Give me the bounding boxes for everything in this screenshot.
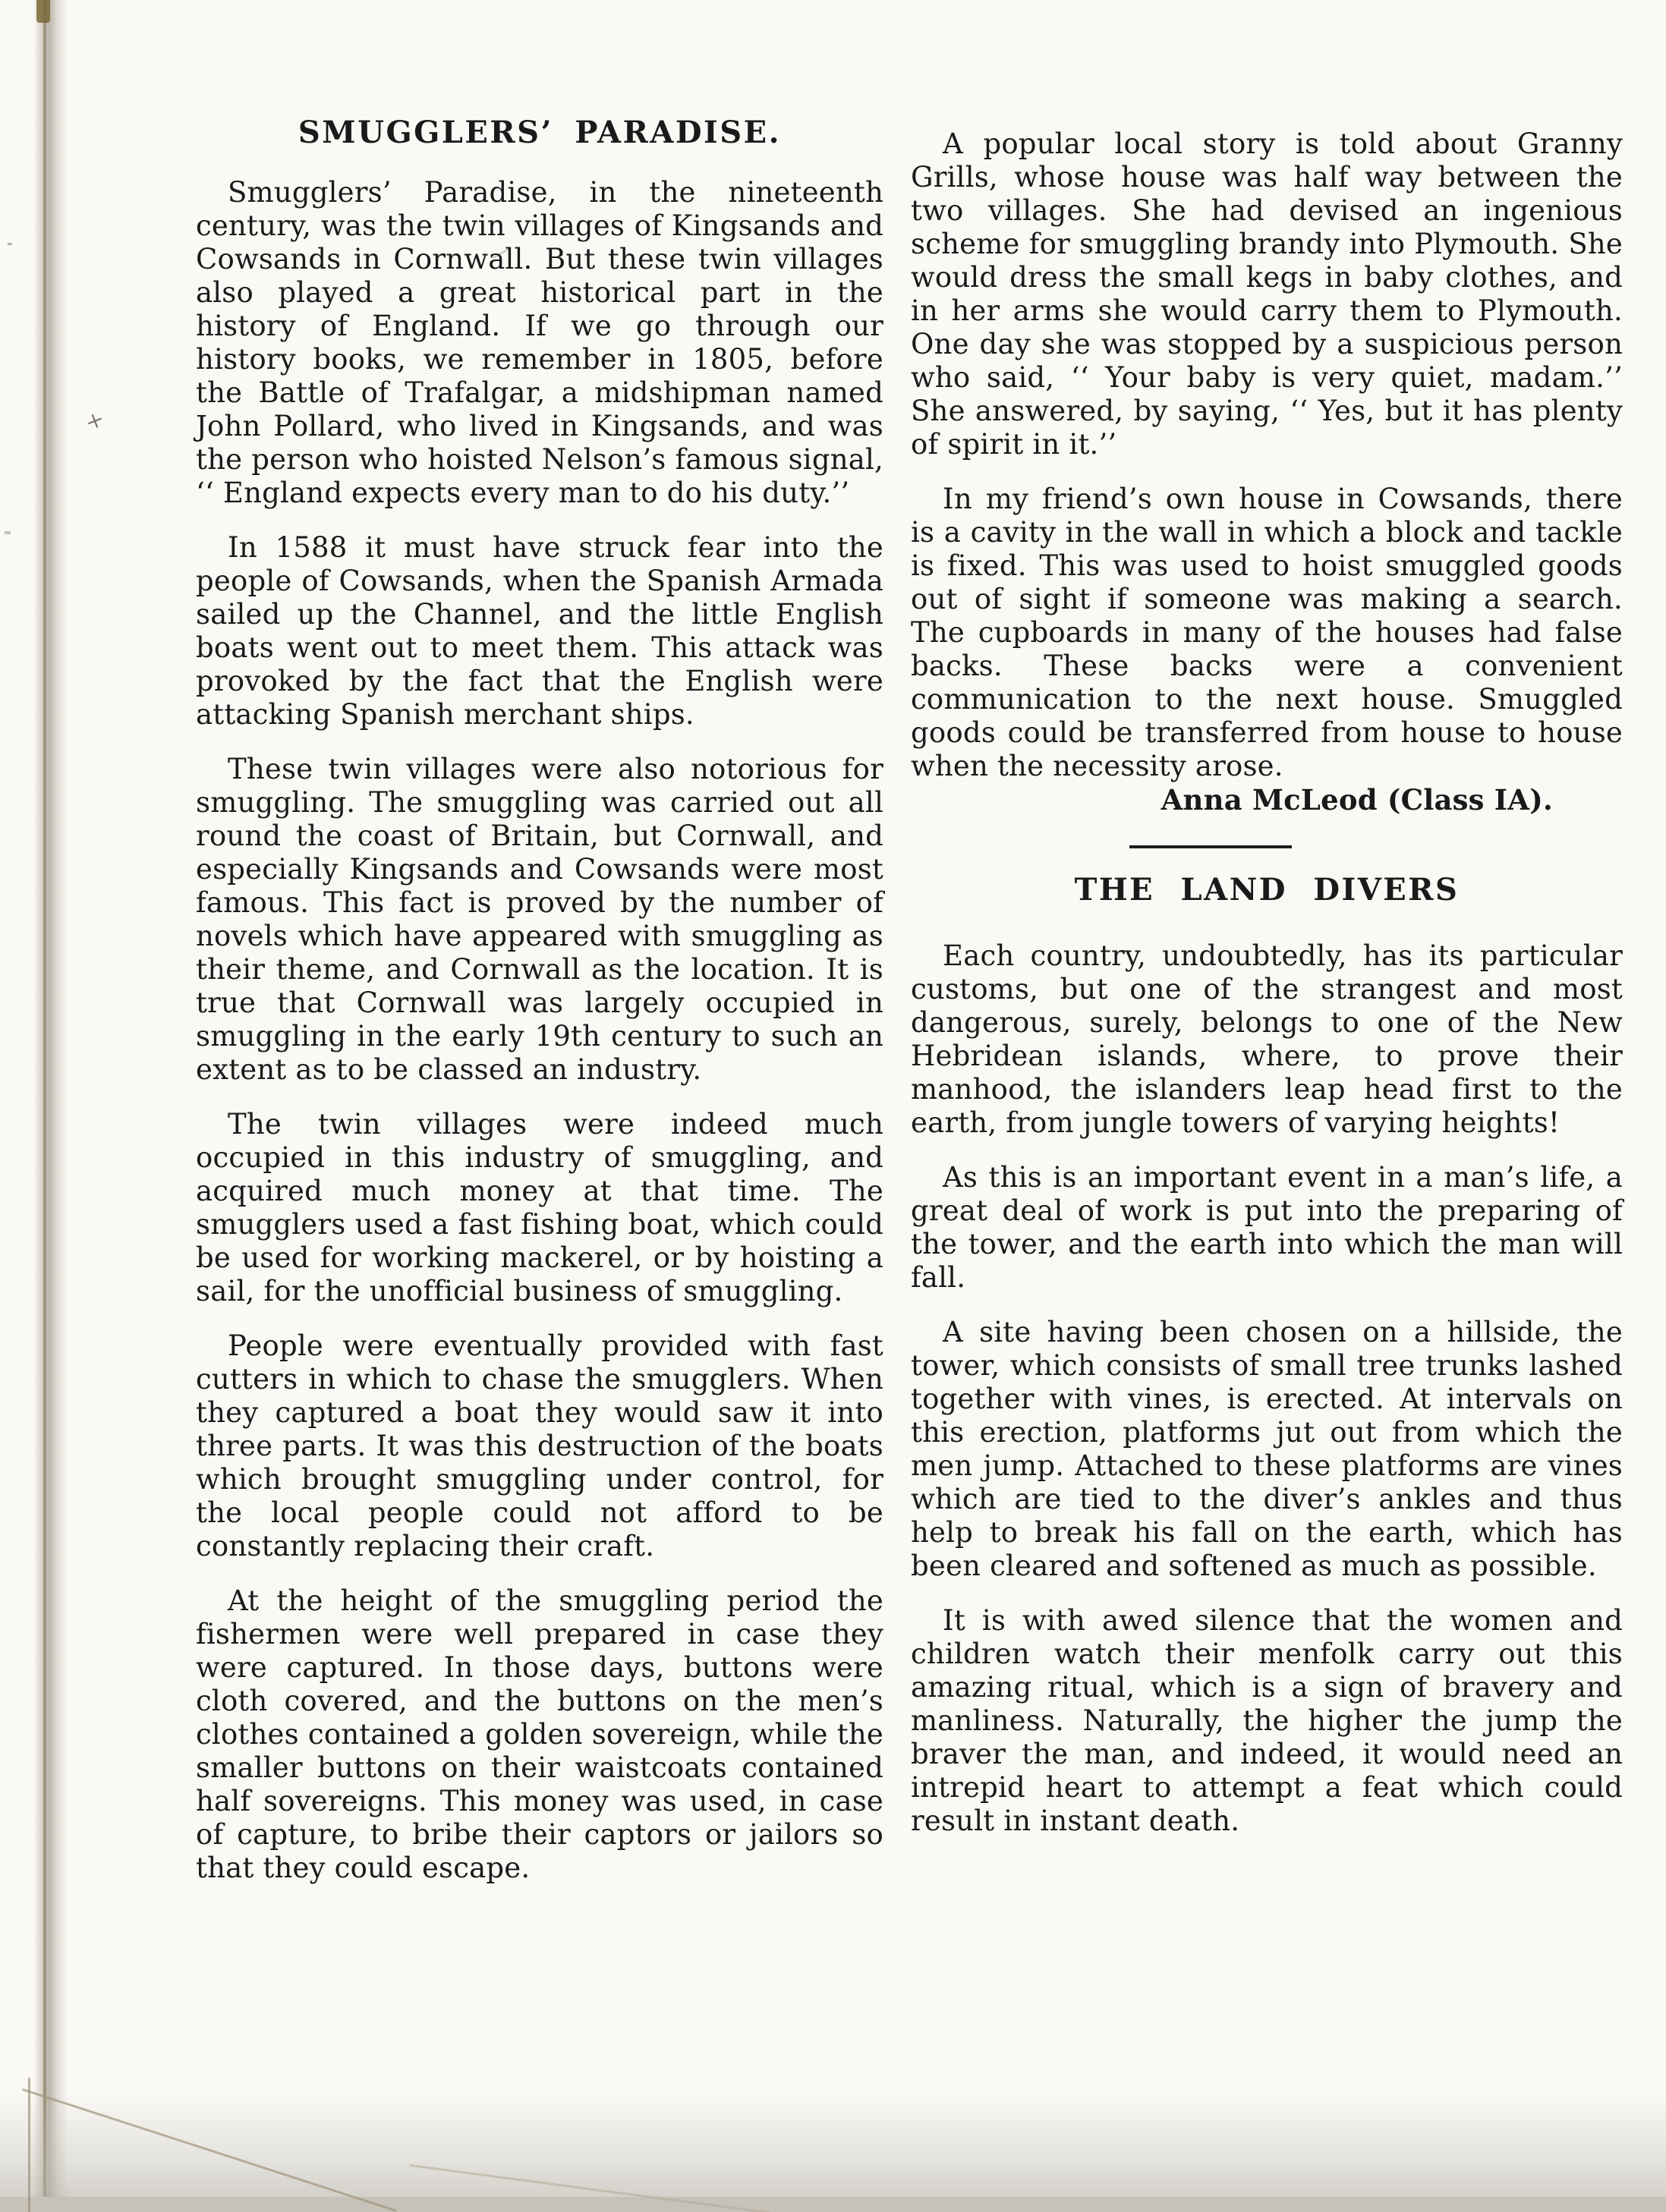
body-paragraph: It is with awed silence that the women a… (911, 1604, 1623, 1838)
body-paragraph: Each country, undoubtedly, has its parti… (911, 939, 1623, 1140)
body-paragraph: These twin villages were also notorious … (196, 753, 883, 1087)
scan-corner-blob (36, 0, 50, 23)
column-left: SMUGGLERS’ PARADISE. Smugglers’ Paradise… (196, 114, 883, 1906)
column-right: A popular local story is told about Gran… (911, 127, 1623, 1859)
body-paragraph: In 1588 it must have struck fear into th… (196, 531, 883, 732)
scan-binding-edge-shadow (33, 0, 68, 2212)
scanned-magazine-page: × SMUGGLERS’ PARADISE. Smugglers’ Paradi… (0, 0, 1666, 2212)
body-paragraph: A popular local story is told about Gran… (911, 127, 1623, 461)
scan-bottom-edge-strip (0, 2197, 1666, 2212)
scan-speck (5, 531, 11, 534)
section-divider-rule (1129, 845, 1292, 848)
scan-bottom-shading (0, 2091, 1666, 2212)
body-paragraph: A site having been chosen on a hillside,… (911, 1316, 1623, 1583)
article-title-the-land-divers: THE LAND DIVERS (911, 871, 1623, 909)
body-paragraph: People were eventually provided with fas… (196, 1329, 883, 1563)
scan-speck (8, 243, 12, 245)
body-paragraph: In my friend’s own house in Cowsands, th… (911, 483, 1623, 783)
scan-binding-edge-line (43, 0, 46, 2212)
body-paragraph: As this is an important event in a man’s… (911, 1161, 1623, 1295)
article-title-smugglers-paradise: SMUGGLERS’ PARADISE. (196, 114, 883, 152)
body-paragraph: Smugglers’ Paradise, in the nineteenth c… (196, 176, 883, 510)
pencil-mark: × (83, 407, 107, 435)
scan-crease-line (28, 2078, 30, 2212)
byline-author: Anna McLeod (Class IA). (911, 783, 1623, 817)
body-paragraph: At the height of the smuggling period th… (196, 1584, 883, 1885)
body-paragraph: The twin villages were indeed much occup… (196, 1108, 883, 1308)
